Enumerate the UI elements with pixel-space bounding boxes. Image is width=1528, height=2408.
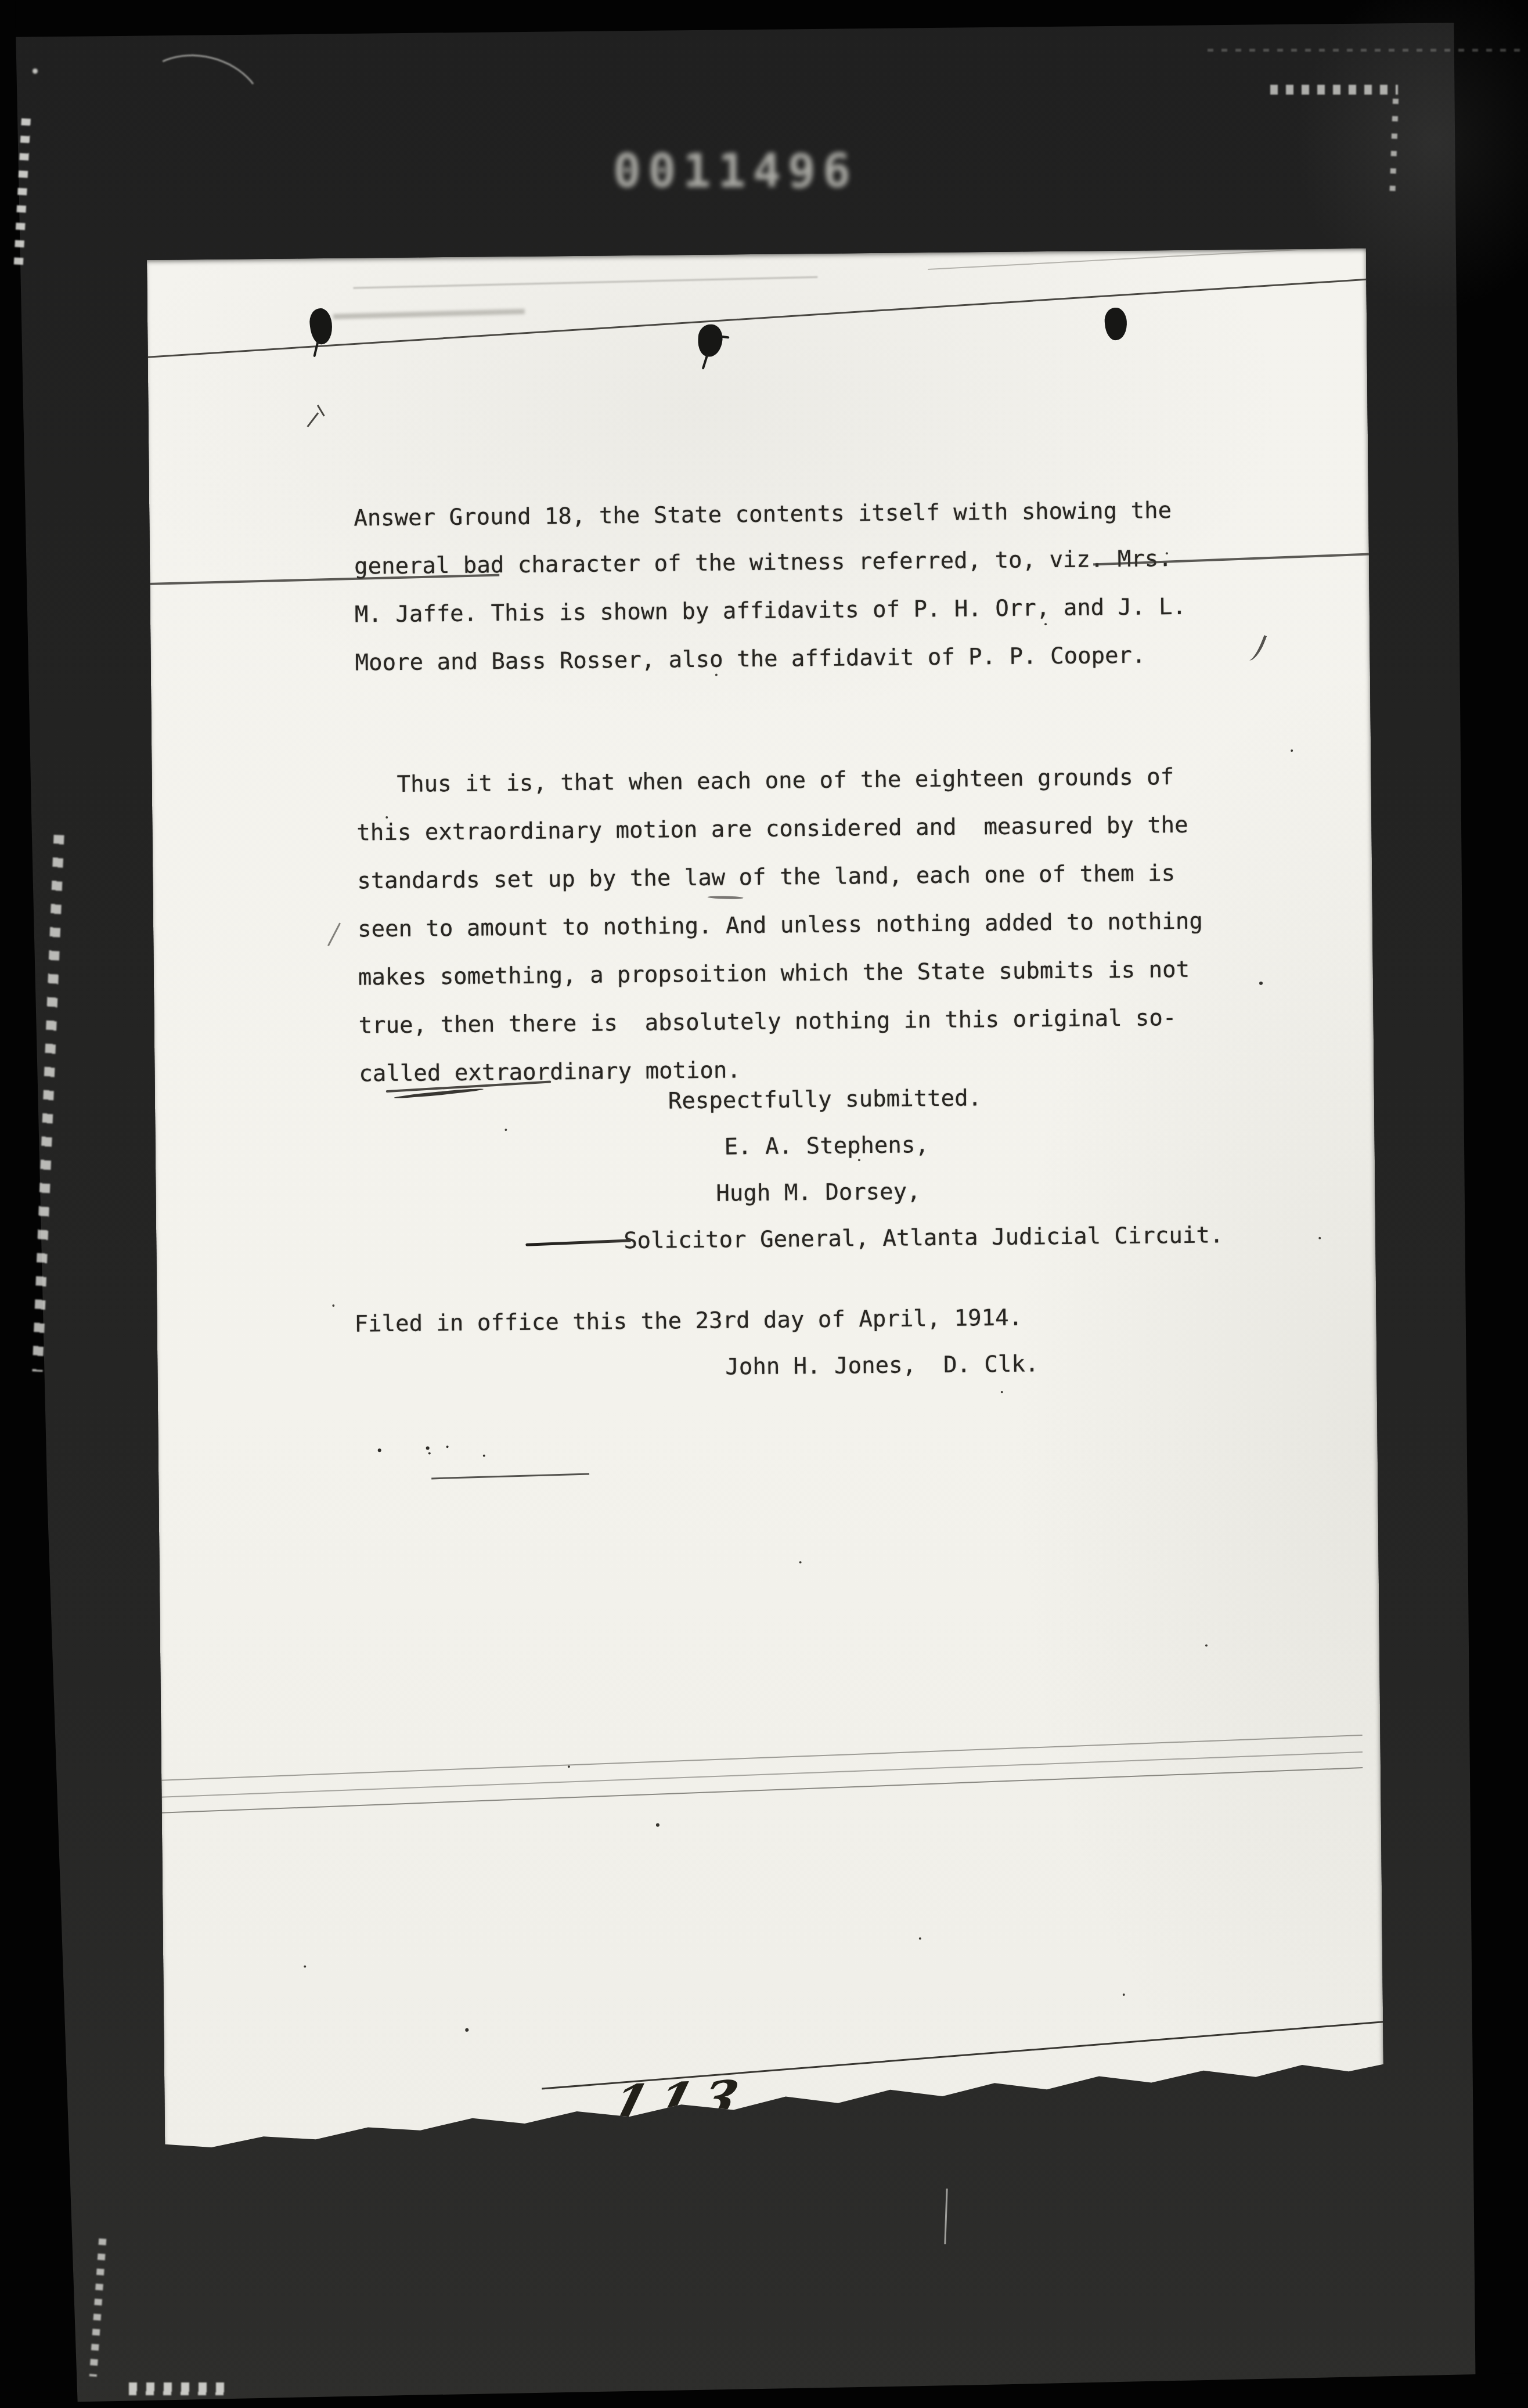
signatory-stephens: E. A. Stephens, [724,1121,929,1171]
dash-before-solicitor [525,1239,631,1246]
smudge-line [333,309,525,319]
margin-slash-mark [327,922,341,946]
film-scratch-arc [129,42,272,160]
paragraph-answer-ground: Answer Ground 18, the State contents its… [354,486,1187,687]
filed-in-office-line: Filed in office this the 23rd day of Apr… [354,1294,1022,1349]
film-scratch-dot [33,69,38,74]
check-mark-stroke-1 [307,412,319,427]
paper-fastener-middle-tail [702,354,709,370]
microfilm-frame: 0011496 Answer Ground 18, the State cont… [0,0,1528,2408]
respectfully-submitted-line: Respectfully submitted. [668,1074,982,1125]
film-scratch-below-page [944,2189,947,2244]
ink-line-below-filing [431,1473,589,1480]
handwritten-page-number: 113 [604,2069,754,2133]
deputy-clerk-line: John H. Jones, D. Clk. [725,1340,1039,1391]
crease-line-upper-left [353,276,817,289]
paper-fastener-right [1104,307,1128,341]
document-page: Answer Ground 18, the State contents its… [147,248,1385,2176]
signatory-dorsey: Hugh M. Dorsey, [716,1167,921,1217]
crease-line-upper-right [928,246,1357,270]
film-scratch-top-right-horizontal [1270,85,1398,95]
ink-specks [147,260,149,262]
paper-fastener-left [308,307,334,345]
paper-fastener-middle [697,323,723,357]
margin-curve-mark [1247,632,1267,663]
film-scratch-top-dotted [1208,49,1524,52]
signatory-title-line: Solicitor General, Atlanta Judicial Circ… [624,1211,1224,1265]
film-scratch-bottom-left-horizontal [129,2382,229,2395]
film-scratch-bottom-left-vertical [89,2238,107,2377]
paragraph-conclusion: Thus it is, that when each one of the ei… [356,753,1204,1098]
check-mark-stroke-2 [317,405,325,416]
paper-fastener-left-tail [313,341,319,357]
frame-counter-stamp: 0011496 [613,144,857,198]
